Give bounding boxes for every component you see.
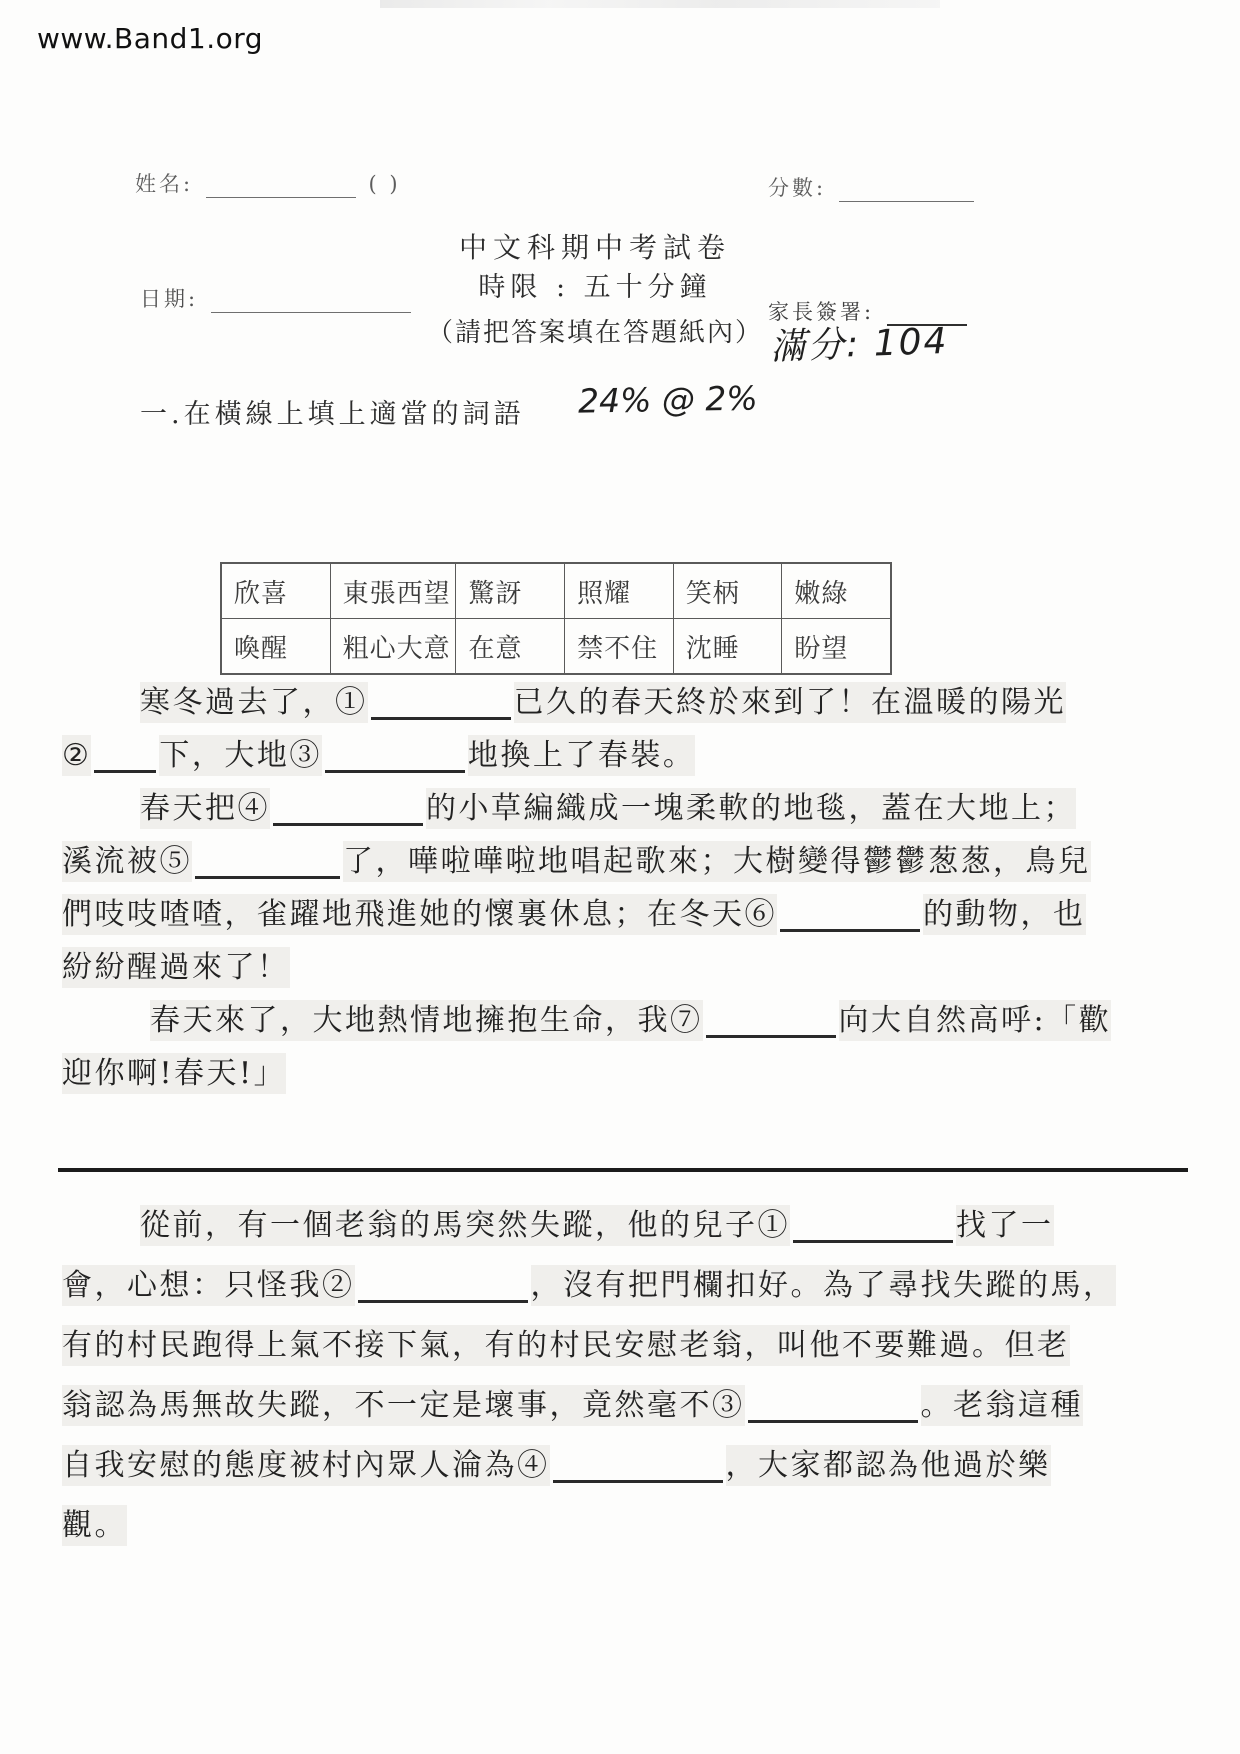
word-bank-word: 在意: [455, 619, 564, 673]
passage-line: 會，心想：只怪我②，沒有把門欄扣好。為了尋找失蹤的馬，: [62, 1256, 1192, 1316]
passage-text: 春天把④: [140, 788, 270, 829]
class-number-paren: ( ): [368, 172, 400, 196]
passage-text: 有的村民跑得上氣不接下氣，有的村民安慰老翁，叫他不要難過。但老: [62, 1325, 1070, 1366]
word-bank-word: 盼望: [781, 619, 890, 673]
score-field-row: 分數:: [768, 172, 977, 202]
name-label: 姓名:: [135, 172, 193, 196]
section1-marks-handwritten: 24% @ 2%: [578, 378, 758, 420]
passage-line: 春天來了，大地熱情地擁抱生命，我⑦向大自然高呼:「歡: [62, 994, 1192, 1047]
fill-in-blank-line: [273, 821, 423, 826]
name-blank-line: [206, 195, 356, 198]
score-label: 分數:: [768, 176, 826, 200]
passage-line: 紛紛醒過來了！: [62, 941, 1192, 994]
fill-in-blank-line: [793, 1238, 953, 1243]
passage-line: 溪流被⑤了，嘩啦嘩啦地唱起歌來；大樹變得鬱鬱葱葱，鳥兒: [62, 835, 1192, 888]
passage1-fill-in-blanks: 寒冬過去了，①已久的春天終於來到了！在溫暖的陽光②下，大地③地換上了春裝。春天把…: [62, 676, 1192, 1100]
passage-text: 已久的春天終於來到了！在溫暖的陽光: [514, 682, 1067, 723]
passage-text: 地換上了春裝。: [468, 735, 696, 776]
section1-heading: 一.在橫線上填上適當的詞語: [140, 392, 525, 431]
passage-line: ②下，大地③地換上了春裝。: [62, 729, 1192, 782]
passage-text: 迎你啊!春天!」: [62, 1053, 286, 1094]
passage-text: 自我安慰的態度被村內眾人淪為④: [62, 1445, 550, 1486]
passage-text: 的小草編織成一塊柔軟的地毯，蓋在大地上；: [426, 788, 1076, 829]
passage-text: 們吱吱喳喳，雀躍地飛進她的懷裏休息；在冬天⑥: [62, 894, 777, 935]
passage-text: 下，大地③: [159, 735, 322, 776]
passage-text: 翁認為馬無故失蹤，不一定是壞事，竟然毫不③: [62, 1385, 745, 1426]
passage-line: 翁認為馬無故失蹤，不一定是壞事，竟然毫不③。老翁這種: [62, 1376, 1192, 1436]
word-bank-row: 欣喜東張西望驚訝照耀笑柄嫩綠: [222, 564, 890, 618]
exam-title: 中文科期中考試卷: [360, 226, 830, 266]
word-bank-word: 欣喜: [222, 564, 330, 618]
passage-line: 寒冬過去了，①已久的春天終於來到了！在溫暖的陽光: [62, 676, 1192, 729]
passage-text: 觀。: [62, 1505, 127, 1546]
word-bank-word: 笑柄: [673, 564, 782, 618]
fill-in-blank-line: [94, 768, 156, 773]
passage-text: 的動物，也: [923, 894, 1086, 935]
passage-text: 。老翁這種: [921, 1385, 1084, 1426]
passage-text: 會，心想：只怪我②: [62, 1265, 355, 1306]
word-bank-word: 喚醒: [222, 619, 330, 673]
score-blank-line: [839, 199, 974, 202]
word-bank-word: 東張西望: [330, 564, 456, 618]
word-bank-word: 驚訝: [455, 564, 564, 618]
word-bank-word: 沈睡: [673, 619, 782, 673]
passage-text: 了，嘩啦嘩啦地唱起歌來；大樹變得鬱鬱葱葱，鳥兒: [343, 841, 1091, 882]
passage-text: 溪流被⑤: [62, 841, 192, 882]
passage-line: 觀。: [62, 1496, 1192, 1556]
passage-line: 春天把④的小草編織成一塊柔軟的地毯，蓋在大地上；: [62, 782, 1192, 835]
word-bank-word: 粗心大意: [330, 619, 456, 673]
passage-text: 向大自然高呼:「歡: [839, 1000, 1112, 1041]
scan-artifact: [380, 0, 940, 8]
word-bank-word: 嫩綠: [781, 564, 890, 618]
word-bank-word: 照耀: [564, 564, 673, 618]
answer-sheet-instruction: （請把答案填在答題紙內）: [360, 312, 830, 349]
word-bank-table: 欣喜東張西望驚訝照耀笑柄嫩綠喚醒粗心大意在意禁不住沈睡盼望: [220, 562, 892, 675]
fill-in-blank-line: [553, 1478, 723, 1483]
watermark-url: www.Band1.org: [37, 22, 263, 55]
time-limit: 時限 : 五十分鐘: [360, 265, 830, 304]
passage-text: ，沒有把門欄扣好。為了尋找失蹤的馬，: [531, 1265, 1116, 1306]
fill-in-blank-line: [195, 874, 340, 879]
fill-in-blank-line: [706, 1033, 836, 1038]
passage-text: 紛紛醒過來了！: [62, 947, 290, 988]
word-bank-row: 喚醒粗心大意在意禁不住沈睡盼望: [222, 618, 890, 673]
fill-in-blank-line: [780, 927, 920, 932]
section-divider-line: [58, 1168, 1188, 1172]
full-marks-handwritten: 滿分: 104: [769, 313, 949, 370]
passage-text: ②: [62, 735, 91, 776]
passage-text: 找了一: [956, 1205, 1054, 1246]
passage-line: 有的村民跑得上氣不接下氣，有的村民安慰老翁，叫他不要難過。但老: [62, 1316, 1192, 1376]
name-field-row: 姓名: ( ): [135, 168, 401, 198]
exam-paper-page: www.Band1.org 姓名: ( ) 分數: 中文科期中考試卷 時限 : …: [0, 0, 1240, 1754]
fill-in-blank-line: [748, 1418, 918, 1423]
passage-line: 迎你啊!春天!」: [62, 1047, 1192, 1100]
passage-text: ，大家都認為他過於樂: [726, 1445, 1051, 1486]
passage-text: 從前，有一個老翁的馬突然失蹤，他的兒子①: [140, 1205, 790, 1246]
fill-in-blank-line: [371, 715, 511, 720]
passage-line: 從前，有一個老翁的馬突然失蹤，他的兒子①找了一: [62, 1196, 1192, 1256]
passage2-fill-in-blanks: 從前，有一個老翁的馬突然失蹤，他的兒子①找了一會，心想：只怪我②，沒有把門欄扣好…: [62, 1196, 1192, 1556]
date-label: 日期:: [140, 287, 198, 311]
passage-line: 自我安慰的態度被村內眾人淪為④，大家都認為他過於樂: [62, 1436, 1192, 1496]
passage-line: 們吱吱喳喳，雀躍地飛進她的懷裏休息；在冬天⑥的動物，也: [62, 888, 1192, 941]
date-field-row: 日期:: [140, 283, 414, 313]
word-bank-word: 禁不住: [564, 619, 673, 673]
passage-text: 春天來了，大地熱情地擁抱生命，我⑦: [150, 1000, 703, 1041]
passage-text: 寒冬過去了，①: [140, 682, 368, 723]
fill-in-blank-line: [358, 1298, 528, 1303]
fill-in-blank-line: [325, 768, 465, 773]
